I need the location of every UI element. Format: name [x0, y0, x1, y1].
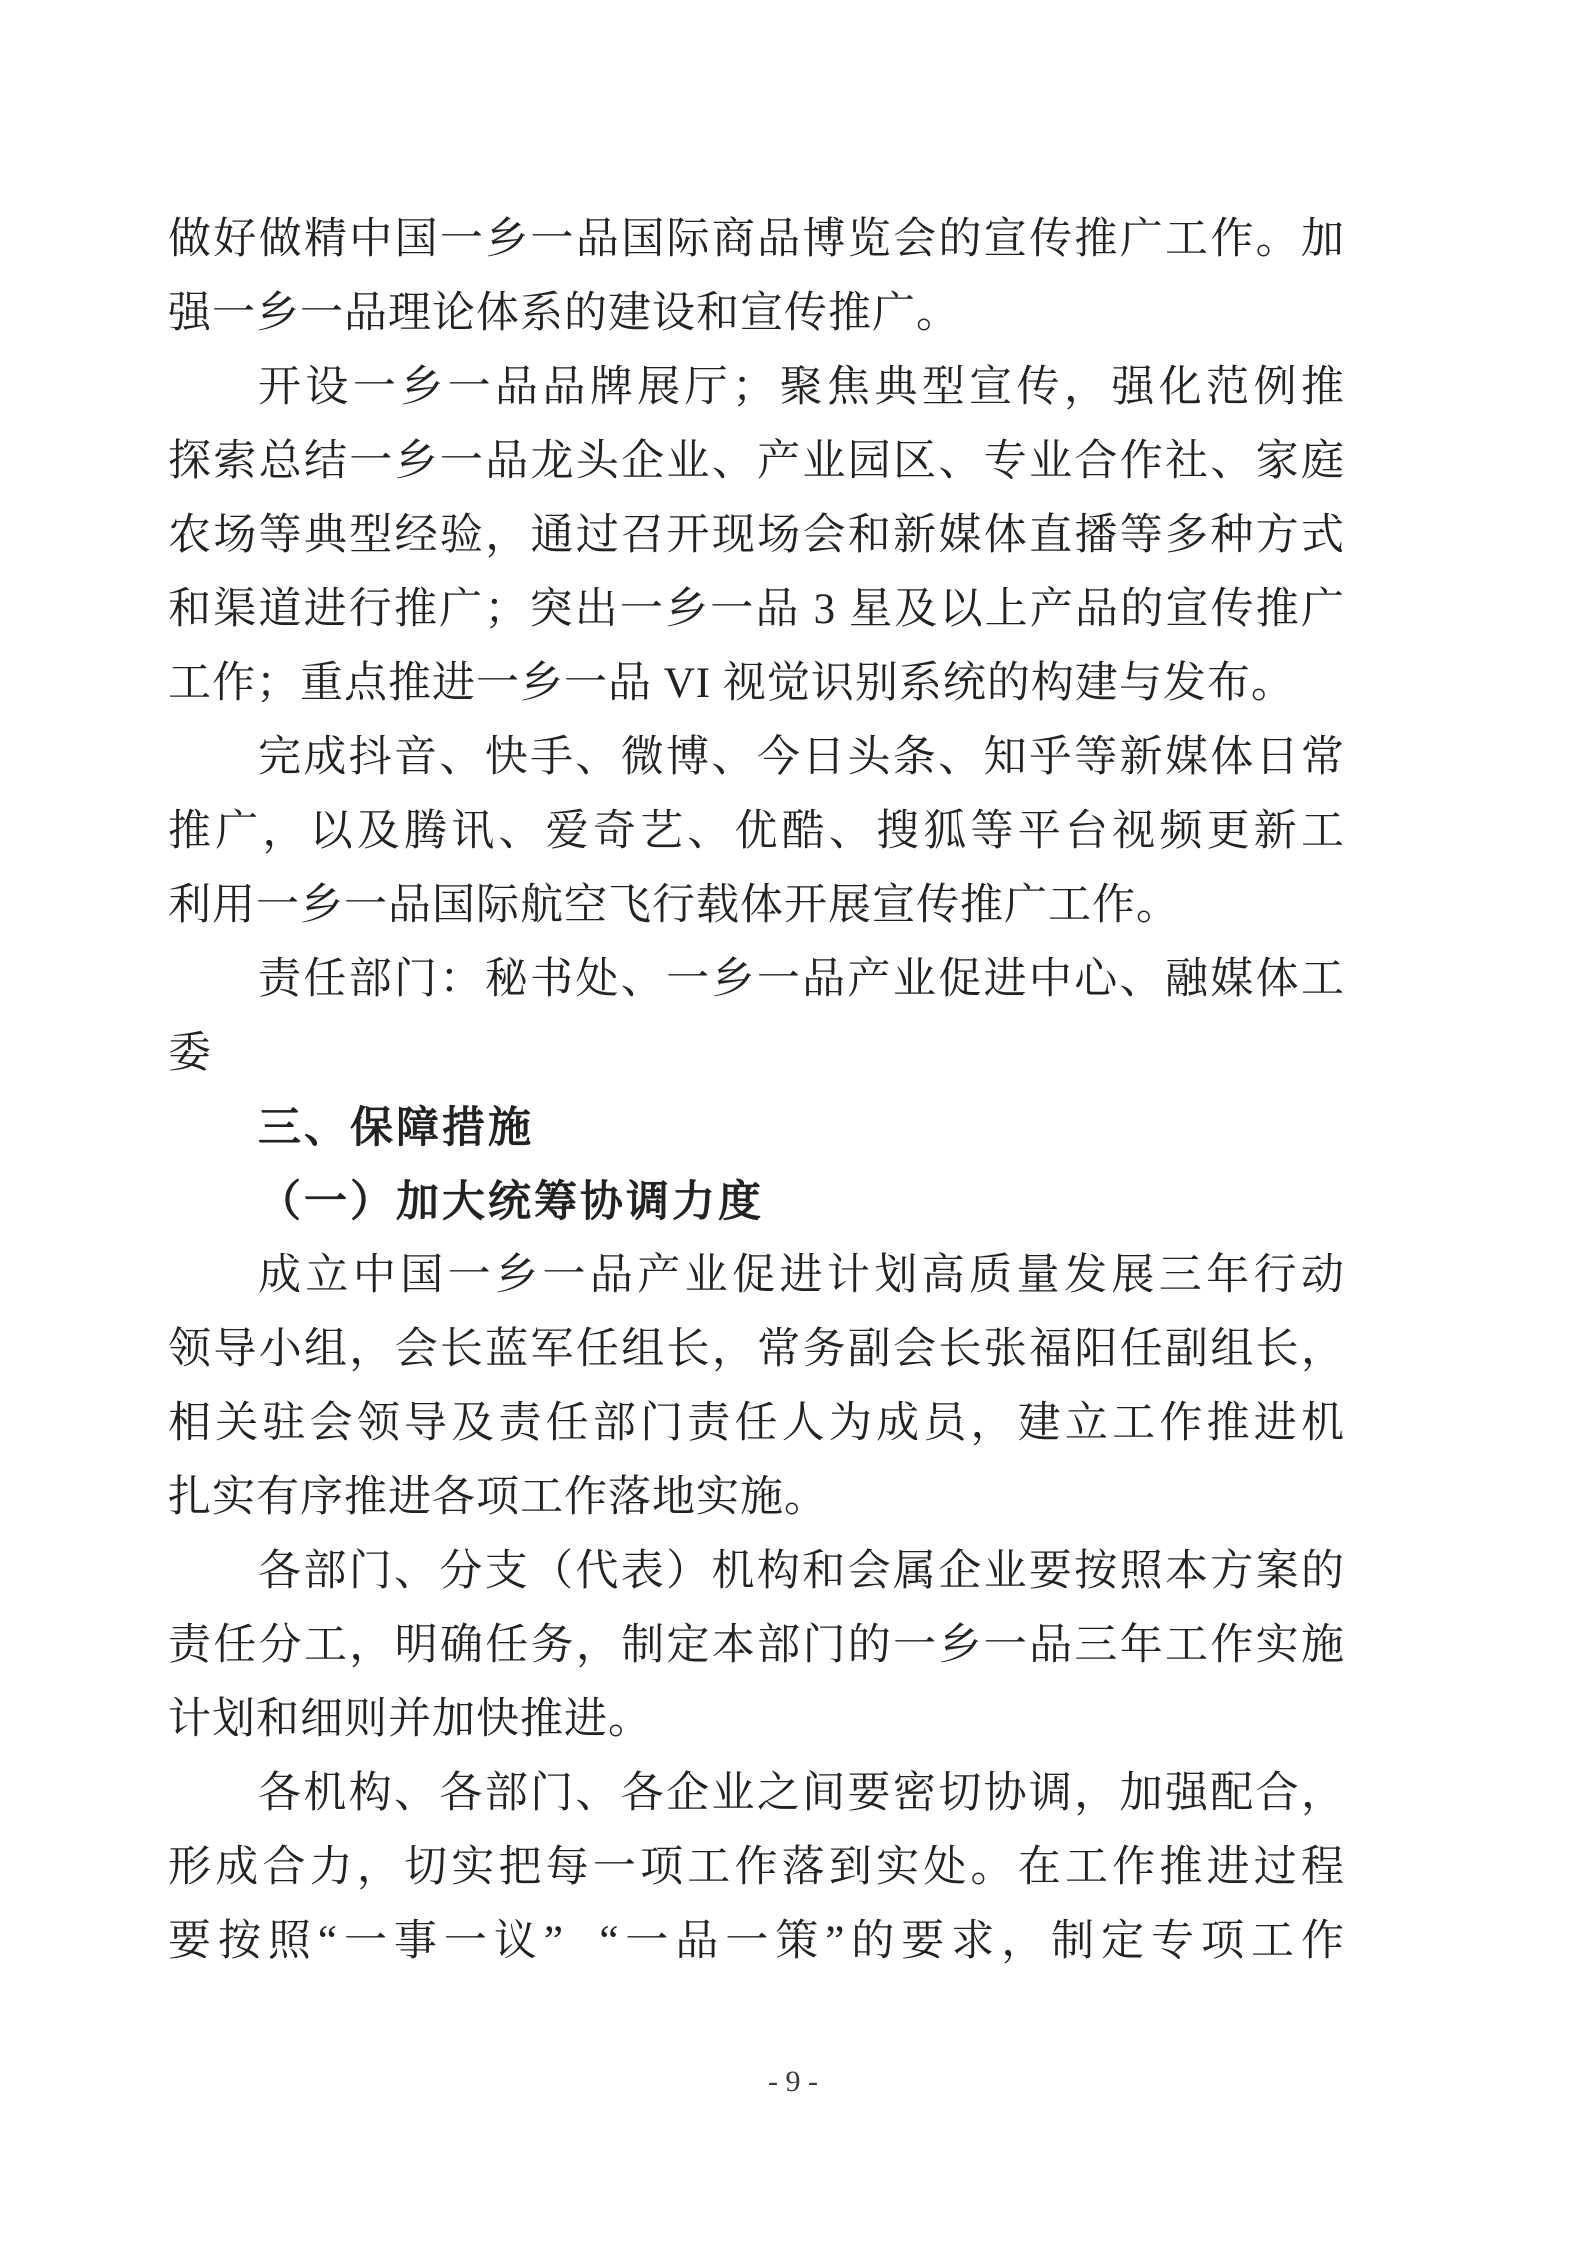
document-body: 做好做精中国一乡一品国际商品博览会的宣传推广工作。加 强一乡一品理论体系的建设和…: [168, 203, 1345, 1979]
page-number: - 9 -: [0, 2062, 1586, 2102]
subsection-heading: （一）加大统筹协调力度: [168, 1165, 1345, 1239]
body-line: 领导小组，会长蓝军任组长，常务副会长张福阳任副组长，: [168, 1313, 1345, 1387]
body-line: 扎实有序推进各项工作落地实施。: [168, 1461, 1345, 1535]
body-line: 农场等典型经验，通过召开现场会和新媒体直播等多种方式: [168, 499, 1345, 573]
document-page: 做好做精中国一乡一品国际商品博览会的宣传推广工作。加 强一乡一品理论体系的建设和…: [0, 0, 1586, 2244]
body-line: 责任分工，明确任务，制定本部门的一乡一品三年工作实施: [168, 1609, 1345, 1683]
body-line: 做好做精中国一乡一品国际商品博览会的宣传推广工作。加: [168, 203, 1345, 277]
body-line: 计划和细则并加快推进。: [168, 1683, 1345, 1757]
body-line: 委: [168, 1017, 1345, 1091]
body-line: 各部门、分支（代表）机构和会属企业要按照本方案的: [168, 1535, 1345, 1609]
body-line: 开设一乡一品品牌展厅；聚焦典型宣传，强化范例推广，: [168, 351, 1345, 425]
body-line: 形成合力，切实把每一项工作落到实处。在工作推进过程中，: [168, 1831, 1345, 1905]
section-heading: 三、保障措施: [168, 1091, 1345, 1165]
body-line: 推广，以及腾讯、爱奇艺、优酷、搜狐等平台视频更新工作；: [168, 795, 1345, 869]
body-line: 成立中国一乡一品产业促进计划高质量发展三年行动: [168, 1239, 1345, 1313]
body-line: 利用一乡一品国际航空飞行载体开展宣传推广工作。: [168, 869, 1345, 943]
body-line: 相关驻会领导及责任部门责任人为成员，建立工作推进机制，: [168, 1387, 1345, 1461]
body-line: 强一乡一品理论体系的建设和宣传推广。: [168, 277, 1345, 351]
body-line: 责任部门：秘书处、一乡一品产业促进中心、融媒体工: [168, 943, 1345, 1017]
body-line: 工作；重点推进一乡一品 VI 视觉识别系统的构建与发布。: [168, 647, 1345, 721]
body-line: 和渠道进行推广；突出一乡一品 3 星及以上产品的宣传推广: [168, 573, 1345, 647]
body-line: 完成抖音、快手、微博、今日头条、知乎等新媒体日常: [168, 721, 1345, 795]
body-line: 探索总结一乡一品龙头企业、产业园区、专业合作社、家庭: [168, 425, 1345, 499]
body-line: 要按照“一事一议” “一品一策”的要求，制定专项工作: [168, 1905, 1345, 1979]
body-line: 各机构、各部门、各企业之间要密切协调，加强配合，: [168, 1757, 1345, 1831]
